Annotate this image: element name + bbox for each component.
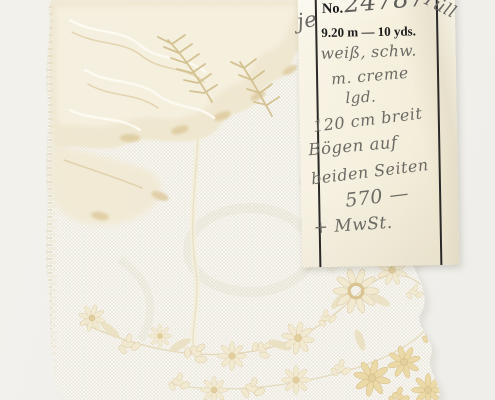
scanned-sample-card: No. 24787 Tüll je 9.20 m — 10 yds. weiß,… <box>0 0 495 400</box>
price-tag-label: No. 24787 Tüll je 9.20 m — 10 yds. weiß,… <box>298 0 460 267</box>
label-colors-line: weiß, schw. <box>320 41 417 62</box>
label-each-abbrev: je <box>295 7 318 34</box>
label-no-prefix: No. <box>322 1 344 18</box>
label-lgd-line: lgd. <box>345 88 377 108</box>
label-length: 9.20 m — 10 yds. <box>321 23 416 41</box>
